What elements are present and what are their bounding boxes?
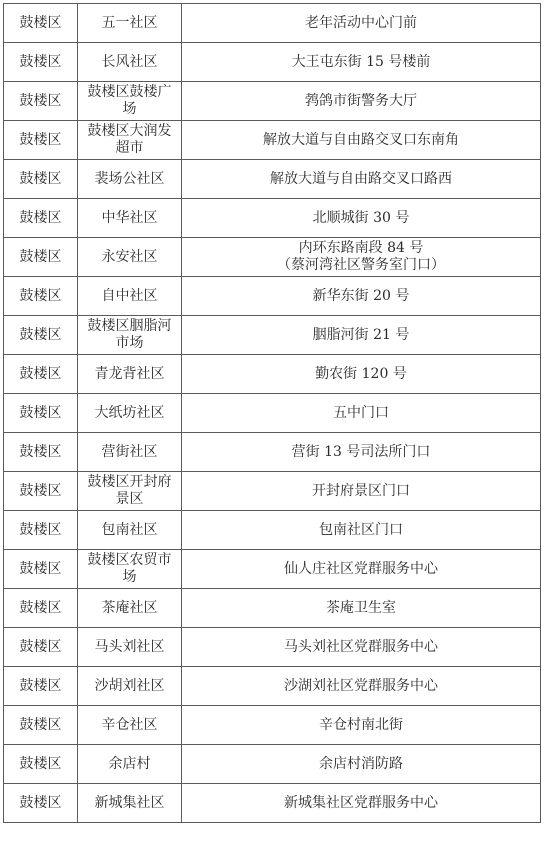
district-cell: 鼓楼区 <box>4 472 78 511</box>
district-cell: 鼓楼区 <box>4 784 78 823</box>
community-cell: 沙胡刘社区 <box>78 667 182 706</box>
community-cell: 鼓楼区开封府景区 <box>78 472 182 511</box>
community-cell: 包南社区 <box>78 511 182 550</box>
address-cell: 沙湖刘社区党群服务中心 <box>182 667 541 706</box>
district-cell: 鼓楼区 <box>4 745 78 784</box>
address-cell: 解放大道与自由路交叉口东南角 <box>182 121 541 160</box>
address-cell: 辛仓村南北街 <box>182 706 541 745</box>
district-cell: 鼓楼区 <box>4 4 78 43</box>
district-cell: 鼓楼区 <box>4 316 78 355</box>
address-cell: 内环东路南段 84 号 （蔡河湾社区警务室门口） <box>182 238 541 277</box>
community-cell: 新城集社区 <box>78 784 182 823</box>
community-cell: 马头刘社区 <box>78 628 182 667</box>
address-cell: 老年活动中心门前 <box>182 4 541 43</box>
community-cell: 鼓楼区鼓楼广场 <box>78 82 182 121</box>
district-cell: 鼓楼区 <box>4 706 78 745</box>
table-row: 鼓楼区 自中社区 新华东街 20 号 <box>4 277 541 316</box>
address-cell: 包南社区门口 <box>182 511 541 550</box>
table-row: 鼓楼区 辛仓社区 辛仓村南北街 <box>4 706 541 745</box>
table-row: 鼓楼区 营街社区 营街 13 号司法所门口 <box>4 433 541 472</box>
address-cell: 营街 13 号司法所门口 <box>182 433 541 472</box>
community-cell: 鼓楼区胭脂河市场 <box>78 316 182 355</box>
address-cell: 仙人庄社区党群服务中心 <box>182 550 541 589</box>
community-cell: 五一社区 <box>78 4 182 43</box>
district-cell: 鼓楼区 <box>4 160 78 199</box>
community-cell: 茶庵社区 <box>78 589 182 628</box>
address-cell: 解放大道与自由路交叉口路西 <box>182 160 541 199</box>
community-cell: 大纸坊社区 <box>78 394 182 433</box>
table-row: 鼓楼区 茶庵社区 茶庵卫生室 <box>4 589 541 628</box>
district-cell: 鼓楼区 <box>4 511 78 550</box>
table-row: 鼓楼区 大纸坊社区 五中门口 <box>4 394 541 433</box>
district-cell: 鼓楼区 <box>4 550 78 589</box>
table-row: 鼓楼区 永安社区 内环东路南段 84 号 （蔡河湾社区警务室门口） <box>4 238 541 277</box>
table-row: 鼓楼区 鼓楼区开封府景区 开封府景区门口 <box>4 472 541 511</box>
district-cell: 鼓楼区 <box>4 394 78 433</box>
address-cell: 鹁鸽市街警务大厅 <box>182 82 541 121</box>
testing-sites-table: 鼓楼区 五一社区 老年活动中心门前 鼓楼区 长风社区 大王屯东街 15 号楼前 … <box>3 3 541 823</box>
address-cell: 余店村消防路 <box>182 745 541 784</box>
community-cell: 裴场公社区 <box>78 160 182 199</box>
table-row: 鼓楼区 余店村 余店村消防路 <box>4 745 541 784</box>
table-row: 鼓楼区 中华社区 北顺城街 30 号 <box>4 199 541 238</box>
district-cell: 鼓楼区 <box>4 199 78 238</box>
community-cell: 营街社区 <box>78 433 182 472</box>
district-cell: 鼓楼区 <box>4 628 78 667</box>
table-row: 鼓楼区 裴场公社区 解放大道与自由路交叉口路西 <box>4 160 541 199</box>
address-cell: 新华东街 20 号 <box>182 277 541 316</box>
table-row: 鼓楼区 马头刘社区 马头刘社区党群服务中心 <box>4 628 541 667</box>
table-row: 鼓楼区 鼓楼区鼓楼广场 鹁鸽市街警务大厅 <box>4 82 541 121</box>
community-cell: 鼓楼区大润发超市 <box>78 121 182 160</box>
address-cell: 开封府景区门口 <box>182 472 541 511</box>
district-cell: 鼓楼区 <box>4 43 78 82</box>
community-cell: 余店村 <box>78 745 182 784</box>
table-row: 鼓楼区 青龙背社区 勤农街 120 号 <box>4 355 541 394</box>
district-cell: 鼓楼区 <box>4 667 78 706</box>
address-cell: 五中门口 <box>182 394 541 433</box>
table-row: 鼓楼区 沙胡刘社区 沙湖刘社区党群服务中心 <box>4 667 541 706</box>
address-cell: 大王屯东街 15 号楼前 <box>182 43 541 82</box>
address-cell: 茶庵卫生室 <box>182 589 541 628</box>
address-cell: 胭脂河街 21 号 <box>182 316 541 355</box>
table-row: 鼓楼区 五一社区 老年活动中心门前 <box>4 4 541 43</box>
table-row: 鼓楼区 长风社区 大王屯东街 15 号楼前 <box>4 43 541 82</box>
address-line-2: （蔡河湾社区警务室门口） <box>185 257 537 274</box>
table-row: 鼓楼区 新城集社区 新城集社区党群服务中心 <box>4 784 541 823</box>
district-cell: 鼓楼区 <box>4 121 78 160</box>
address-cell: 马头刘社区党群服务中心 <box>182 628 541 667</box>
district-cell: 鼓楼区 <box>4 82 78 121</box>
community-cell: 永安社区 <box>78 238 182 277</box>
address-cell: 勤农街 120 号 <box>182 355 541 394</box>
district-cell: 鼓楼区 <box>4 277 78 316</box>
community-cell: 青龙背社区 <box>78 355 182 394</box>
address-cell: 新城集社区党群服务中心 <box>182 784 541 823</box>
district-cell: 鼓楼区 <box>4 433 78 472</box>
community-cell: 中华社区 <box>78 199 182 238</box>
community-cell: 辛仓社区 <box>78 706 182 745</box>
table-row: 鼓楼区 包南社区 包南社区门口 <box>4 511 541 550</box>
community-cell: 自中社区 <box>78 277 182 316</box>
address-line-1: 内环东路南段 84 号 <box>185 240 537 257</box>
community-cell: 鼓楼区农贸市场 <box>78 550 182 589</box>
address-cell: 北顺城街 30 号 <box>182 199 541 238</box>
table-row: 鼓楼区 鼓楼区农贸市场 仙人庄社区党群服务中心 <box>4 550 541 589</box>
table-row: 鼓楼区 鼓楼区大润发超市 解放大道与自由路交叉口东南角 <box>4 121 541 160</box>
table-row: 鼓楼区 鼓楼区胭脂河市场 胭脂河街 21 号 <box>4 316 541 355</box>
district-cell: 鼓楼区 <box>4 589 78 628</box>
district-cell: 鼓楼区 <box>4 238 78 277</box>
district-cell: 鼓楼区 <box>4 355 78 394</box>
community-cell: 长风社区 <box>78 43 182 82</box>
